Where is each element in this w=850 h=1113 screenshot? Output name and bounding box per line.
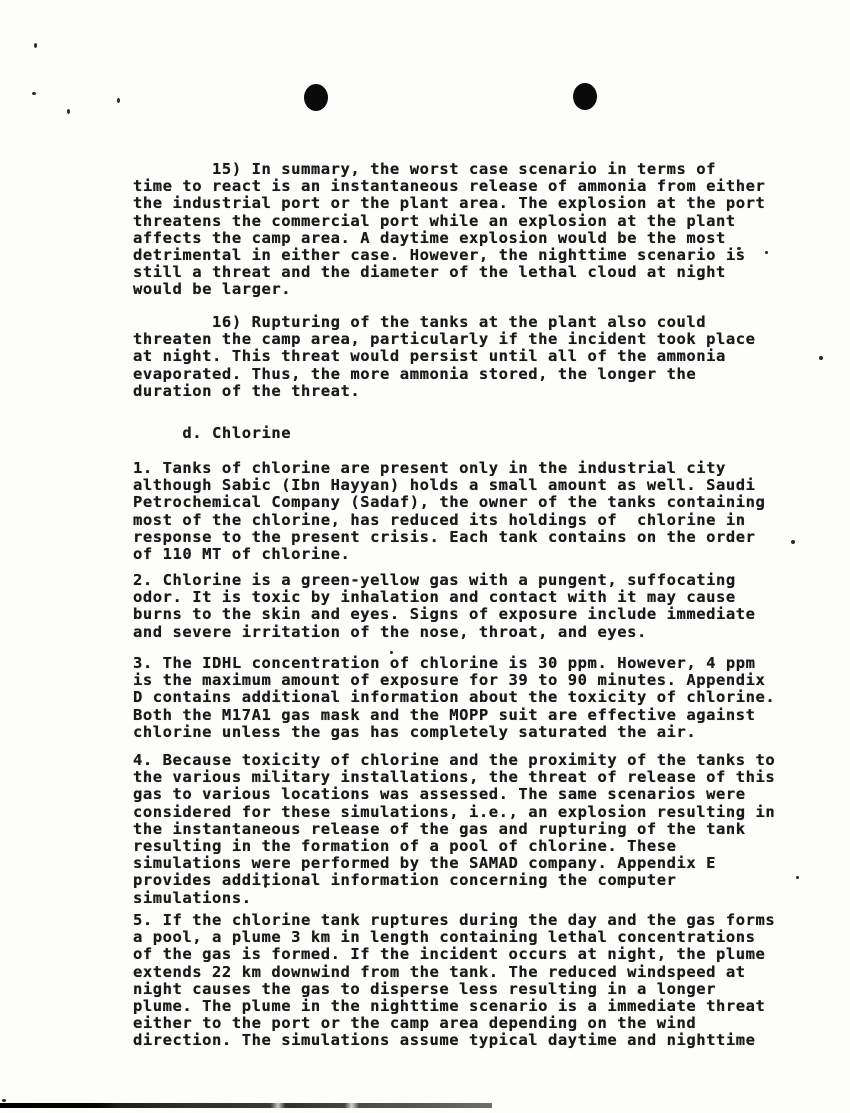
scan-speck <box>796 876 799 879</box>
scan-speck <box>32 92 36 95</box>
scan-speck <box>791 540 795 544</box>
scan-speck <box>264 883 267 888</box>
scan-artifact-bar <box>0 1103 492 1108</box>
scan-speck <box>390 651 393 654</box>
paragraph-15: 15) In summary, the worst case scenario … <box>133 161 765 299</box>
scan-speck <box>737 247 741 250</box>
scan-speck <box>819 356 823 360</box>
paragraph-1-chlorine-tanks: 1. Tanks of chlorine are present only in… <box>133 460 765 563</box>
scan-speck <box>117 98 120 103</box>
scan-speck <box>67 109 70 114</box>
paragraph-2-chlorine-properties: 2. Chlorine is a green-yellow gas with a… <box>133 572 756 641</box>
paragraph-3-idhl-concentration: 3. The IDHL concentration of chlorine is… <box>133 655 775 741</box>
scan-speck <box>2 1099 6 1102</box>
hole-punch-dot-right <box>573 83 597 110</box>
paragraph-4-threat-simulations: 4. Because toxicity of chlorine and the … <box>133 752 775 907</box>
scanned-document-page: 15) In summary, the worst case scenario … <box>0 0 850 1113</box>
scan-speck <box>765 251 768 254</box>
scan-speck <box>34 43 37 48</box>
paragraph-5-plume: 5. If the chlorine tank ruptures during … <box>133 912 775 1050</box>
paragraph-16: 16) Rupturing of the tanks at the plant … <box>133 314 756 400</box>
hole-punch-dot-left <box>304 84 328 111</box>
section-heading-chlorine: d. Chlorine <box>133 425 291 442</box>
